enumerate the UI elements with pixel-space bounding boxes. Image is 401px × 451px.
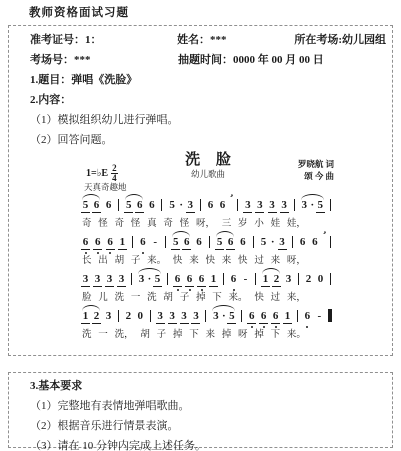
barline (234, 199, 241, 211)
slur-group: 12 (260, 273, 282, 285)
lyric-syllable: 掉 (222, 329, 232, 341)
content-item-1: （1）模拟组织幼儿进行弹唱。 (30, 110, 386, 130)
lyric-syllable: 娃 (271, 218, 281, 230)
lyric-syllable: 掉 (196, 292, 206, 304)
barline (289, 236, 296, 248)
note: 3 (80, 273, 91, 285)
note: 5 (214, 236, 225, 248)
lyric-syllable: 胡 (115, 255, 125, 267)
lyric-syllable: 掉 (173, 329, 183, 341)
note: 5 (315, 199, 326, 211)
notes-row: 66616-5665665·366’ (80, 232, 336, 255)
slur-group: 56 (80, 199, 102, 211)
note: 1 (260, 273, 271, 285)
note: 6 (172, 273, 183, 285)
lyric-syllable: 呀 (238, 329, 248, 341)
lyrics-row: 长出胡子来。快来快来快过来呀， (80, 255, 336, 267)
note: 6 (196, 273, 207, 285)
note: 6 (134, 199, 145, 211)
note: 6 (91, 199, 102, 211)
note: 3 (103, 310, 114, 322)
slur-group: 56 (214, 236, 236, 248)
lyric-syllable: 洗 (115, 292, 125, 304)
note: 6 (217, 199, 228, 211)
note: 3 (210, 310, 221, 322)
lyric-syllable: 来。 (287, 329, 306, 341)
barline (238, 310, 245, 322)
note: 6 (246, 310, 257, 322)
note: 5 (80, 199, 91, 211)
barline (206, 236, 213, 248)
lyric-syllable: 快 (254, 292, 264, 304)
note: 3 (185, 199, 196, 211)
lyric-syllable: 呀， (196, 218, 215, 230)
note: 3 (136, 273, 147, 285)
content-label: 2.内容： (30, 90, 386, 110)
lyric-syllable: 来， (287, 292, 306, 304)
breath-mark: ’ (320, 232, 326, 241)
barline (147, 310, 154, 322)
note: 3 (179, 310, 190, 322)
note: 6 (181, 236, 192, 248)
lyric-syllable: 长 (82, 255, 92, 267)
lyric-syllable: 掉 (254, 329, 264, 341)
lyric-syllable: 洗 (147, 292, 157, 304)
lyric-syllable: 怪 (131, 218, 141, 230)
barline (327, 273, 334, 285)
notes-row: 5665665·366’33333·5 (80, 195, 336, 218)
info-row-1: 准考证号：1： 姓名：*** 所在考场:幼儿园组 (30, 30, 386, 50)
note: · (179, 199, 184, 211)
draw-time: 抽题时间：0000 年 00 月 00 日 (178, 50, 324, 70)
score-line: 5665665·366’33333·5奇怪奇怪真奇怪呀，三岁小娃娃， (80, 195, 336, 230)
note: 6 (237, 236, 248, 248)
score-line: 66616-5665665·366’长出胡子来。快来快来快过来呀， (80, 232, 336, 267)
content-item-2: （2）回答问题。 (30, 130, 386, 150)
note: 3 (155, 310, 166, 322)
note: 3 (242, 199, 253, 211)
score-line: 33333·566616-12320脸儿洗一洗胡子掉下来。快过来， (80, 269, 336, 304)
note: - (314, 310, 325, 322)
slur-group: 56 (170, 236, 192, 248)
lyric-syllable: 三 (222, 218, 232, 230)
score-line: 1232033333·566616-洗一洗，胡子掉下来掉呀掉下来。 (80, 306, 336, 341)
slur-group: 12 (80, 310, 102, 322)
lyric-syllable: 怪 (98, 218, 108, 230)
note: 2 (91, 310, 102, 322)
lyric-syllable: 奇 (115, 218, 125, 230)
slur-group: 3·5 (210, 310, 237, 322)
lyric-syllable: 一 (98, 329, 108, 341)
note: 6 (105, 236, 116, 248)
notes-row: 33333·566616-12320 (80, 269, 336, 292)
admission-number: 准考证号：1： (30, 30, 177, 50)
note: 3 (167, 310, 178, 322)
slur-group: 3·5 (136, 273, 163, 285)
credits: 罗晓航 词 颂 今 曲 (298, 158, 334, 182)
lyric-syllable: 下 (189, 329, 199, 341)
note: 3 (104, 273, 115, 285)
note: 2 (271, 273, 282, 285)
note: 3 (267, 199, 278, 211)
requirements-heading: 3.基本要求 (30, 376, 386, 396)
lyric-syllable: 来 (205, 329, 215, 341)
room-number: 考场号：*** (30, 50, 178, 70)
note: 6 (228, 273, 239, 285)
note: 2 (123, 310, 134, 322)
barline (327, 199, 334, 211)
exam-question-box: 准考证号：1： 姓名：*** 所在考场:幼儿园组 考场号：*** 抽题时间：00… (8, 25, 393, 356)
note: 2 (303, 273, 314, 285)
note: 5 (167, 199, 178, 211)
question-title: 1.题目：弹唱《洗脸》 (30, 70, 386, 90)
barline (220, 273, 227, 285)
key-text: 1=♭E (86, 168, 108, 179)
slur-group: 56 (123, 199, 145, 211)
note: 5 (170, 236, 181, 248)
lyric-syllable: 来 (189, 255, 199, 267)
lyric-syllable: 怪 (180, 218, 190, 230)
lyric-syllable: 胡 (140, 329, 150, 341)
info-row-2: 考场号：*** 抽题时间：0000 年 00 月 00 日 (30, 50, 386, 70)
lyric-syllable: 儿 (98, 292, 108, 304)
note: 5 (258, 236, 269, 248)
note: 1 (80, 310, 91, 322)
lyrics-row: 奇怪奇怪真奇怪呀，三岁小娃娃， (80, 218, 336, 230)
note: 3 (279, 199, 290, 211)
music-score: 洗 脸 幼儿歌曲 1=♭E 2 4 天真奇趣地 罗晓航 词 颂 今 曲 5665… (80, 152, 336, 341)
barline (158, 199, 165, 211)
note: 6 (92, 236, 103, 248)
lyric-syllable: 快 (238, 255, 248, 267)
note: 5 (226, 310, 237, 322)
lyric-syllable: 洗， (115, 329, 134, 341)
candidate-name: 姓名：*** (177, 30, 294, 50)
lyric-syllable: 岁 (238, 218, 248, 230)
note: 5 (152, 273, 163, 285)
note: 1 (117, 236, 128, 248)
final-barline (326, 309, 334, 322)
barline (327, 236, 334, 248)
lyric-syllable: 子 (180, 292, 190, 304)
lyric-syllable: 奇 (163, 218, 173, 230)
lyric-syllable: 来。 (147, 255, 166, 267)
note: · (270, 236, 275, 248)
note: - (240, 273, 251, 285)
note: 6 (194, 236, 205, 248)
note: 3 (283, 273, 294, 285)
note: 5 (123, 199, 134, 211)
lyric-syllable: 快 (173, 255, 183, 267)
note: 6 (205, 199, 216, 211)
barline (162, 236, 169, 248)
note: 6 (137, 236, 148, 248)
lyric-syllable: 出 (98, 255, 108, 267)
note: 3 (116, 273, 127, 285)
note: 6 (309, 236, 320, 248)
lyric-syllable: 奇 (82, 218, 92, 230)
composer: 颂 今 曲 (298, 170, 334, 182)
note: 6 (297, 236, 308, 248)
note: 3 (277, 236, 288, 248)
lyric-syllable: 子 (157, 329, 167, 341)
basic-requirements-box: 3.基本要求 （1）完整地有表情地弹唱歌曲。 （2）根据音乐进行情景表演。 （3… (8, 372, 393, 448)
requirement-item-2: （2）根据音乐进行情景表演。 (30, 416, 386, 436)
slur-group: 3·5 (299, 199, 326, 211)
tempo-marking: 天真奇趣地 (84, 181, 127, 193)
note: 3 (299, 199, 310, 211)
exam-venue: 所在考场:幼儿园组 (294, 30, 386, 50)
lyric-syllable: 真 (147, 218, 157, 230)
barline (115, 199, 122, 211)
lyric-syllable: 洗 (82, 329, 92, 341)
lyricist: 罗晓航 词 (298, 158, 334, 170)
lyric-syllable: 呀， (287, 255, 306, 267)
lyric-syllable: 一 (131, 292, 141, 304)
lyric-syllable: 脸 (82, 292, 92, 304)
lyric-syllable: 娃， (287, 218, 306, 230)
lyric-syllable: 子 (131, 255, 141, 267)
barline (164, 273, 171, 285)
note: 6 (302, 310, 313, 322)
barline (129, 236, 136, 248)
lyrics-row: 脸儿洗一洗胡子掉下来。快过来， (80, 292, 336, 304)
note: 6 (258, 310, 269, 322)
requirement-item-1: （1）完整地有表情地弹唱歌曲。 (30, 396, 386, 416)
page-title: 教师资格面试习题 (29, 4, 129, 20)
lyrics-row: 洗一洗，胡子掉下来掉呀掉下来。 (80, 329, 336, 341)
barline (291, 199, 298, 211)
lyric-syllable: 胡 (163, 292, 173, 304)
lyric-syllable: 下 (212, 292, 222, 304)
note: 6 (225, 236, 236, 248)
lyric-syllable: 小 (254, 218, 264, 230)
barline (252, 273, 259, 285)
note: 0 (135, 310, 146, 322)
note: 1 (282, 310, 293, 322)
note: 3 (92, 273, 103, 285)
barline (115, 310, 122, 322)
requirement-item-3: （3）请在 10 分钟内完成上述任务。 (30, 436, 386, 451)
lyric-syllable: 过 (271, 292, 281, 304)
lyric-syllable: 快 (205, 255, 215, 267)
note: 0 (315, 273, 326, 285)
note: 6 (80, 236, 91, 248)
note: 6 (270, 310, 281, 322)
note: 6 (103, 199, 114, 211)
note: 3 (254, 199, 265, 211)
notes-row: 1232033333·566616- (80, 306, 336, 329)
score-header: 洗 脸 幼儿歌曲 1=♭E 2 4 天真奇趣地 罗晓航 词 颂 今 曲 (80, 152, 336, 192)
note: 3 (190, 310, 201, 322)
barline (202, 310, 209, 322)
score-lines: 5665665·366’33333·5奇怪奇怪真奇怪呀，三岁小娃娃，66616-… (80, 195, 336, 341)
barline (197, 199, 204, 211)
barline (294, 310, 301, 322)
barline (128, 273, 135, 285)
barline (250, 236, 257, 248)
lyric-syllable: 来 (222, 255, 232, 267)
barline (295, 273, 302, 285)
lyric-syllable: 来 (271, 255, 281, 267)
lyric-syllable: 过 (254, 255, 264, 267)
note: 6 (184, 273, 195, 285)
note: 6 (146, 199, 157, 211)
lyric-syllable: 下 (271, 329, 281, 341)
lyric-syllable: 来。 (229, 292, 248, 304)
note: - (150, 236, 161, 248)
note: 1 (208, 273, 219, 285)
